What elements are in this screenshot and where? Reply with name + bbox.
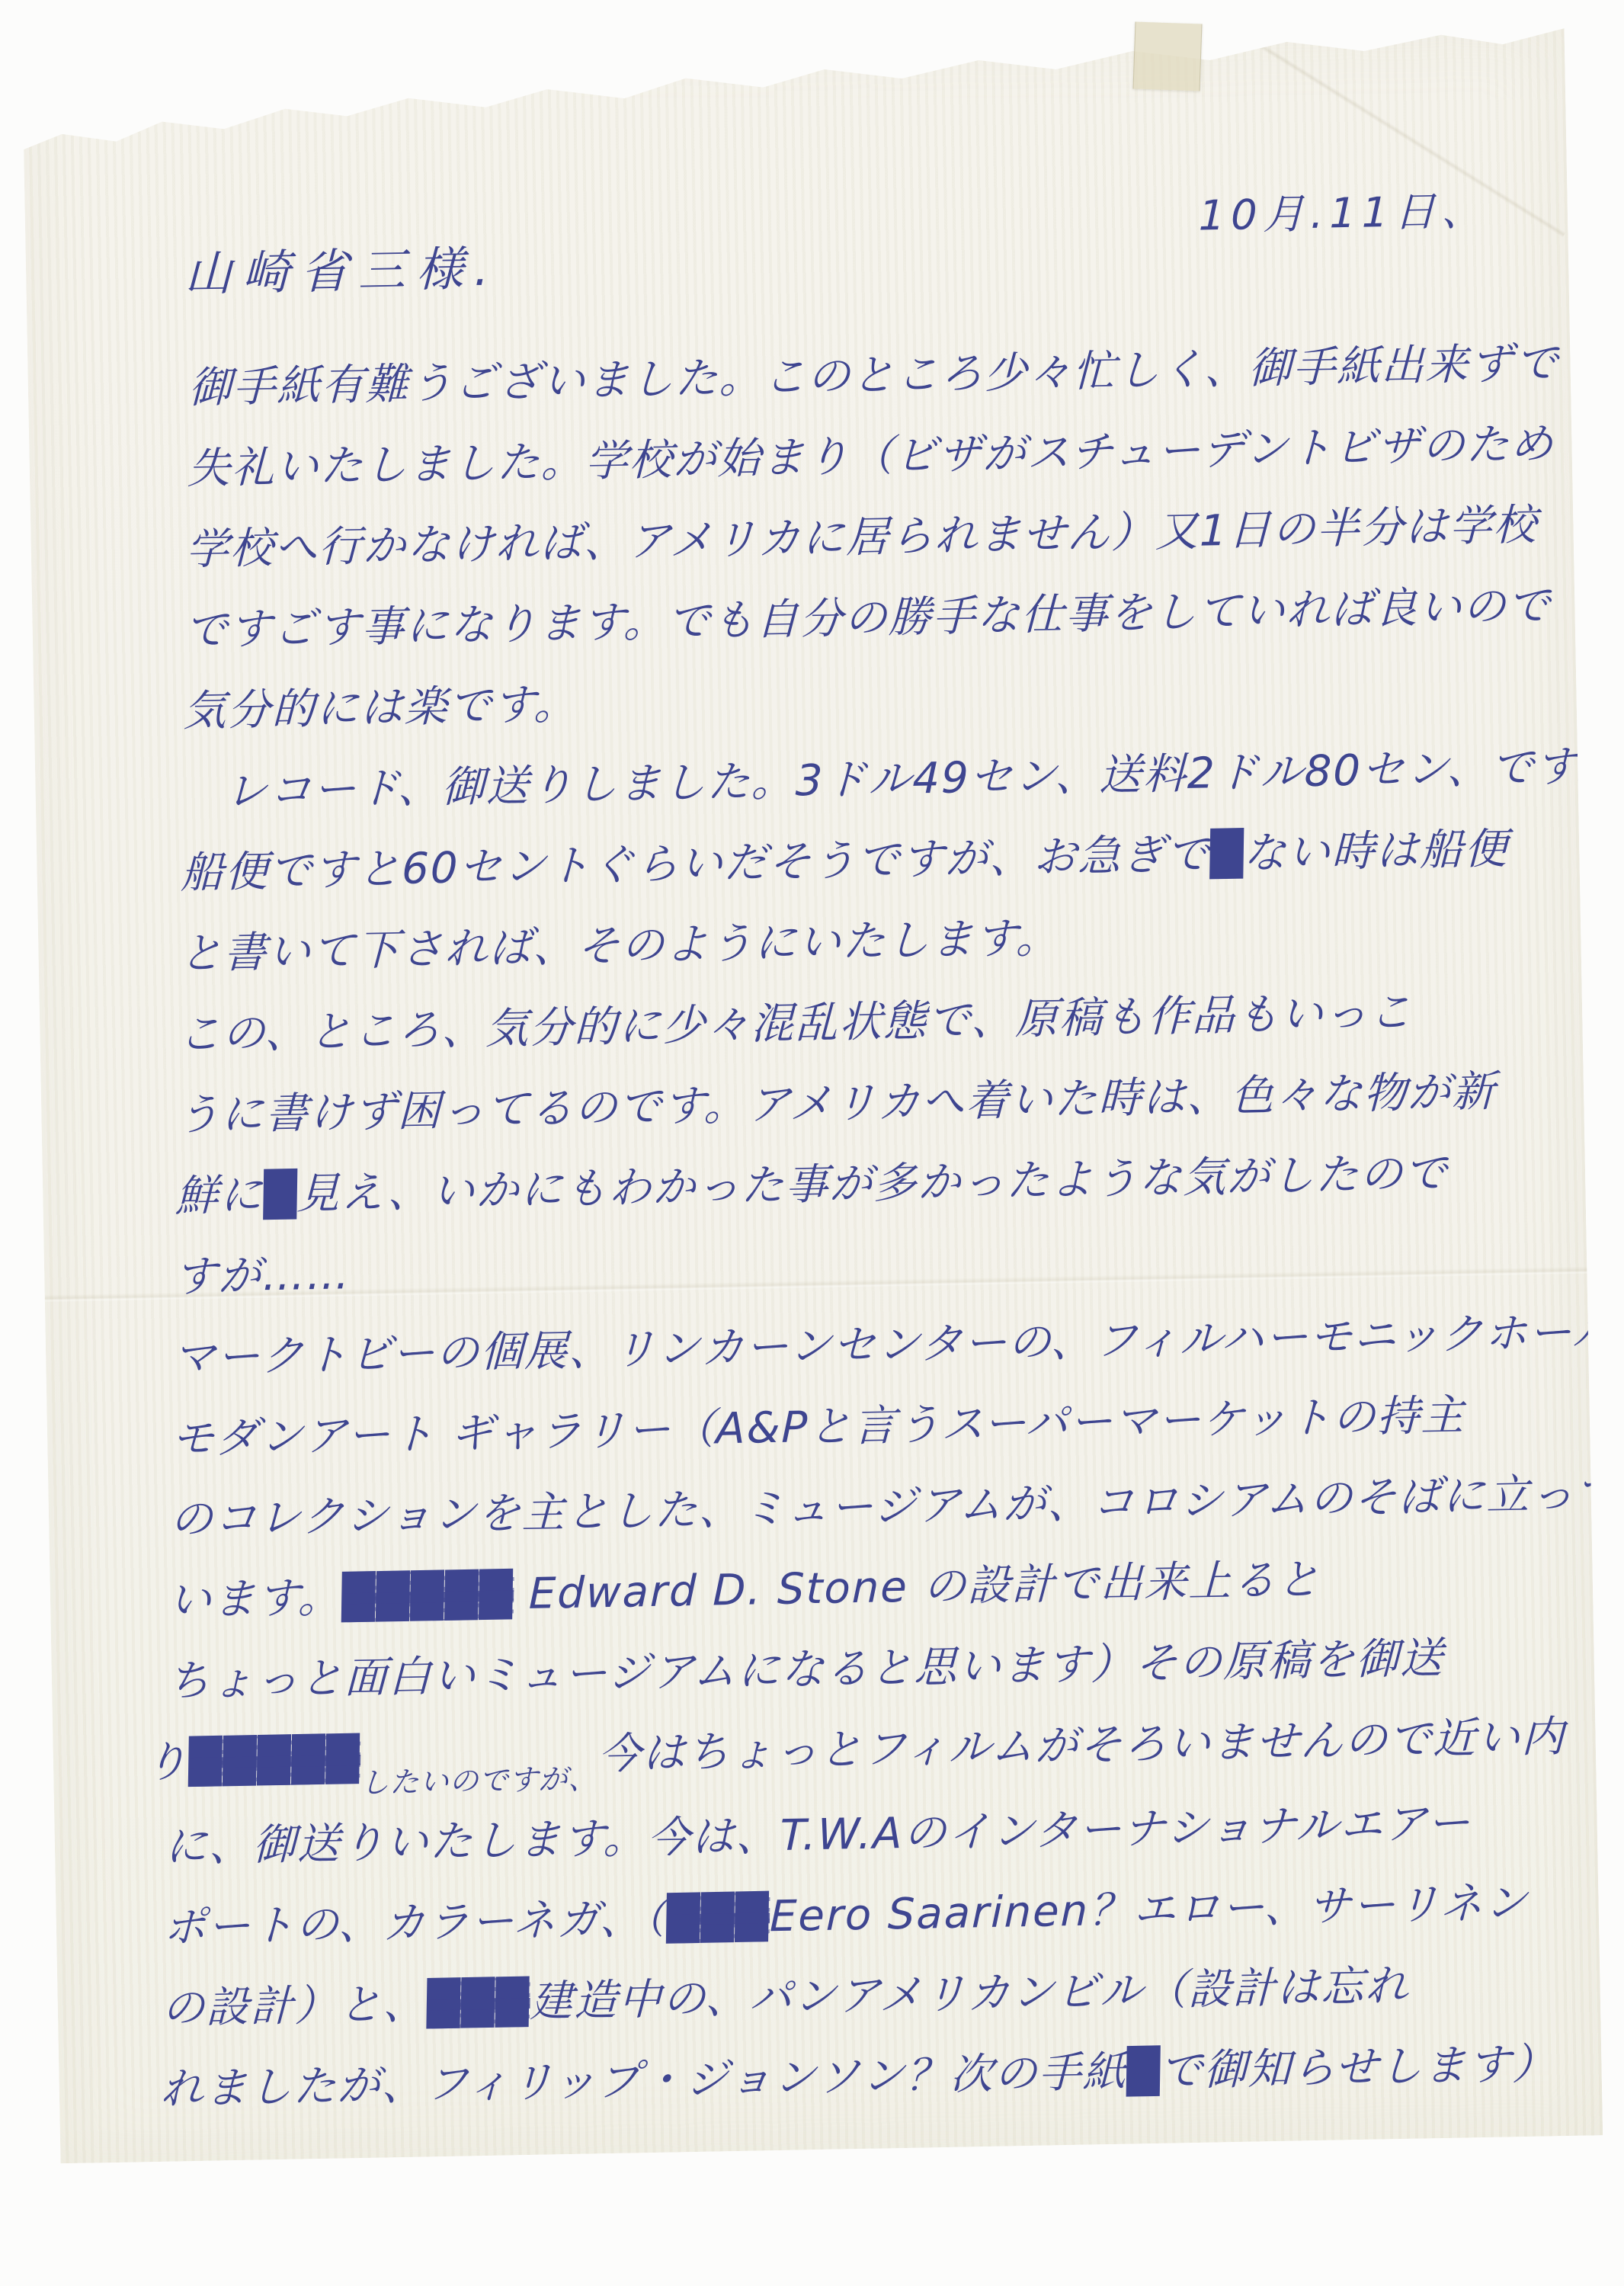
- letter-text: 学校へ行かなければ、アメリカに居られません）又1日の半分は学校: [186, 500, 1538, 575]
- letter-text: モダンアート ギャラリー（A&Pと言うスーパーマーケットの持主: [171, 1390, 1465, 1464]
- letter-text: うに書けず困ってるのです。アメリカへ着いた時は、色々な物が新: [176, 1067, 1496, 1141]
- inserted-correction: したいのですが、: [360, 1738, 599, 1823]
- letter-date: 10月.11日、: [1198, 178, 1489, 242]
- letter-text: ない時は船便: [1243, 824, 1509, 878]
- crossed-out-text: █████: [188, 1734, 360, 1787]
- letter-text: マークトビーの個展、リンカーンセンターの、フィルハーモニックホール、: [172, 1307, 1624, 1383]
- letter-body: 御手紙有難うございました。このところ少々忙しく、御手紙出来ずで失礼いたしました。…: [160, 323, 1550, 2131]
- crossed-out-text: ███: [427, 1977, 530, 2029]
- letter-text: Edward D. Stone の設計で出来上ると: [514, 1555, 1321, 1619]
- letter-text: ですごす事になります。でも自分の勝手な仕事をしていれば良いので: [184, 581, 1552, 656]
- letter-text: この、ところ、気分的に少々混乱状態で、原稿も作品もいっこ: [178, 988, 1413, 1060]
- crossed-out-text: █████: [341, 1569, 514, 1622]
- ink-blot: █: [1126, 2047, 1160, 2097]
- letter-text: レコード、御送りしました。3ドル49セン、送料2ドル80セン、です。: [224, 741, 1620, 816]
- letter-text: 今はちょっとフィルムがそろいませんので近い内: [598, 1712, 1566, 1779]
- letter-text: り: [144, 1737, 189, 1787]
- letter-scan: 10月.11日、 山崎省三様. 御手紙有難うございました。このところ少々忙しく、…: [0, 0, 1624, 2286]
- letter-text: の設計）と、: [162, 1979, 428, 2033]
- ink-blot: █: [1210, 829, 1244, 880]
- ink-blot: █: [264, 1169, 297, 1220]
- letter-text: のコレクションを主とした、ミュージアムが、コロシアムのそばに立って: [170, 1469, 1619, 1545]
- letter-content: 10月.11日、 山崎省三様. 御手紙有難うございました。このところ少々忙しく、…: [24, 24, 1601, 2164]
- letter-text: ポートの、カラーネガ、（: [163, 1894, 668, 1953]
- letter-text: 御手紙有難うございました。このところ少々忙しく、御手紙出来ずで: [188, 338, 1559, 413]
- letter-text: います。: [168, 1573, 343, 1625]
- letter-text: 気分的には楽です。: [183, 680, 578, 737]
- letter-text: ちょっと面白いミュージアムになると思います）その原稿を御送: [167, 1634, 1445, 1707]
- letter-text: 船便ですと60セントぐらいだそうですが、お急ぎで: [181, 829, 1211, 898]
- letter-text: れましたが、フィリップ・ジョンソン？次の手紙: [160, 2047, 1127, 2114]
- letter-text: Eero Saarinen？エロー、サーリネン: [770, 1878, 1530, 1941]
- letter-paper: 10月.11日、 山崎省三様. 御手紙有難うございました。このところ少々忙しく、…: [22, 24, 1603, 2164]
- letter-text: 見え、いかにもわかった事が多かったような気がしたので: [296, 1149, 1449, 1220]
- letter-text: 失礼いたしました。学校が始まり（ビザがスチューデントビザのため: [187, 419, 1555, 494]
- letter-text: 鮮に: [175, 1170, 264, 1221]
- crossed-out-text: ███: [666, 1892, 770, 1944]
- tape-fragment: [1132, 21, 1202, 91]
- letter-salutation: 山崎省三様.: [184, 230, 501, 304]
- letter-text: すが……: [174, 1249, 351, 1302]
- letter-text: と書いて下されば、そのようにいたします。: [179, 913, 1060, 979]
- letter-text: で御知らせします）: [1159, 2039, 1556, 2096]
- letter-text: 建造中の、パンアメリカンビル（設計は忘れ: [530, 1961, 1410, 2027]
